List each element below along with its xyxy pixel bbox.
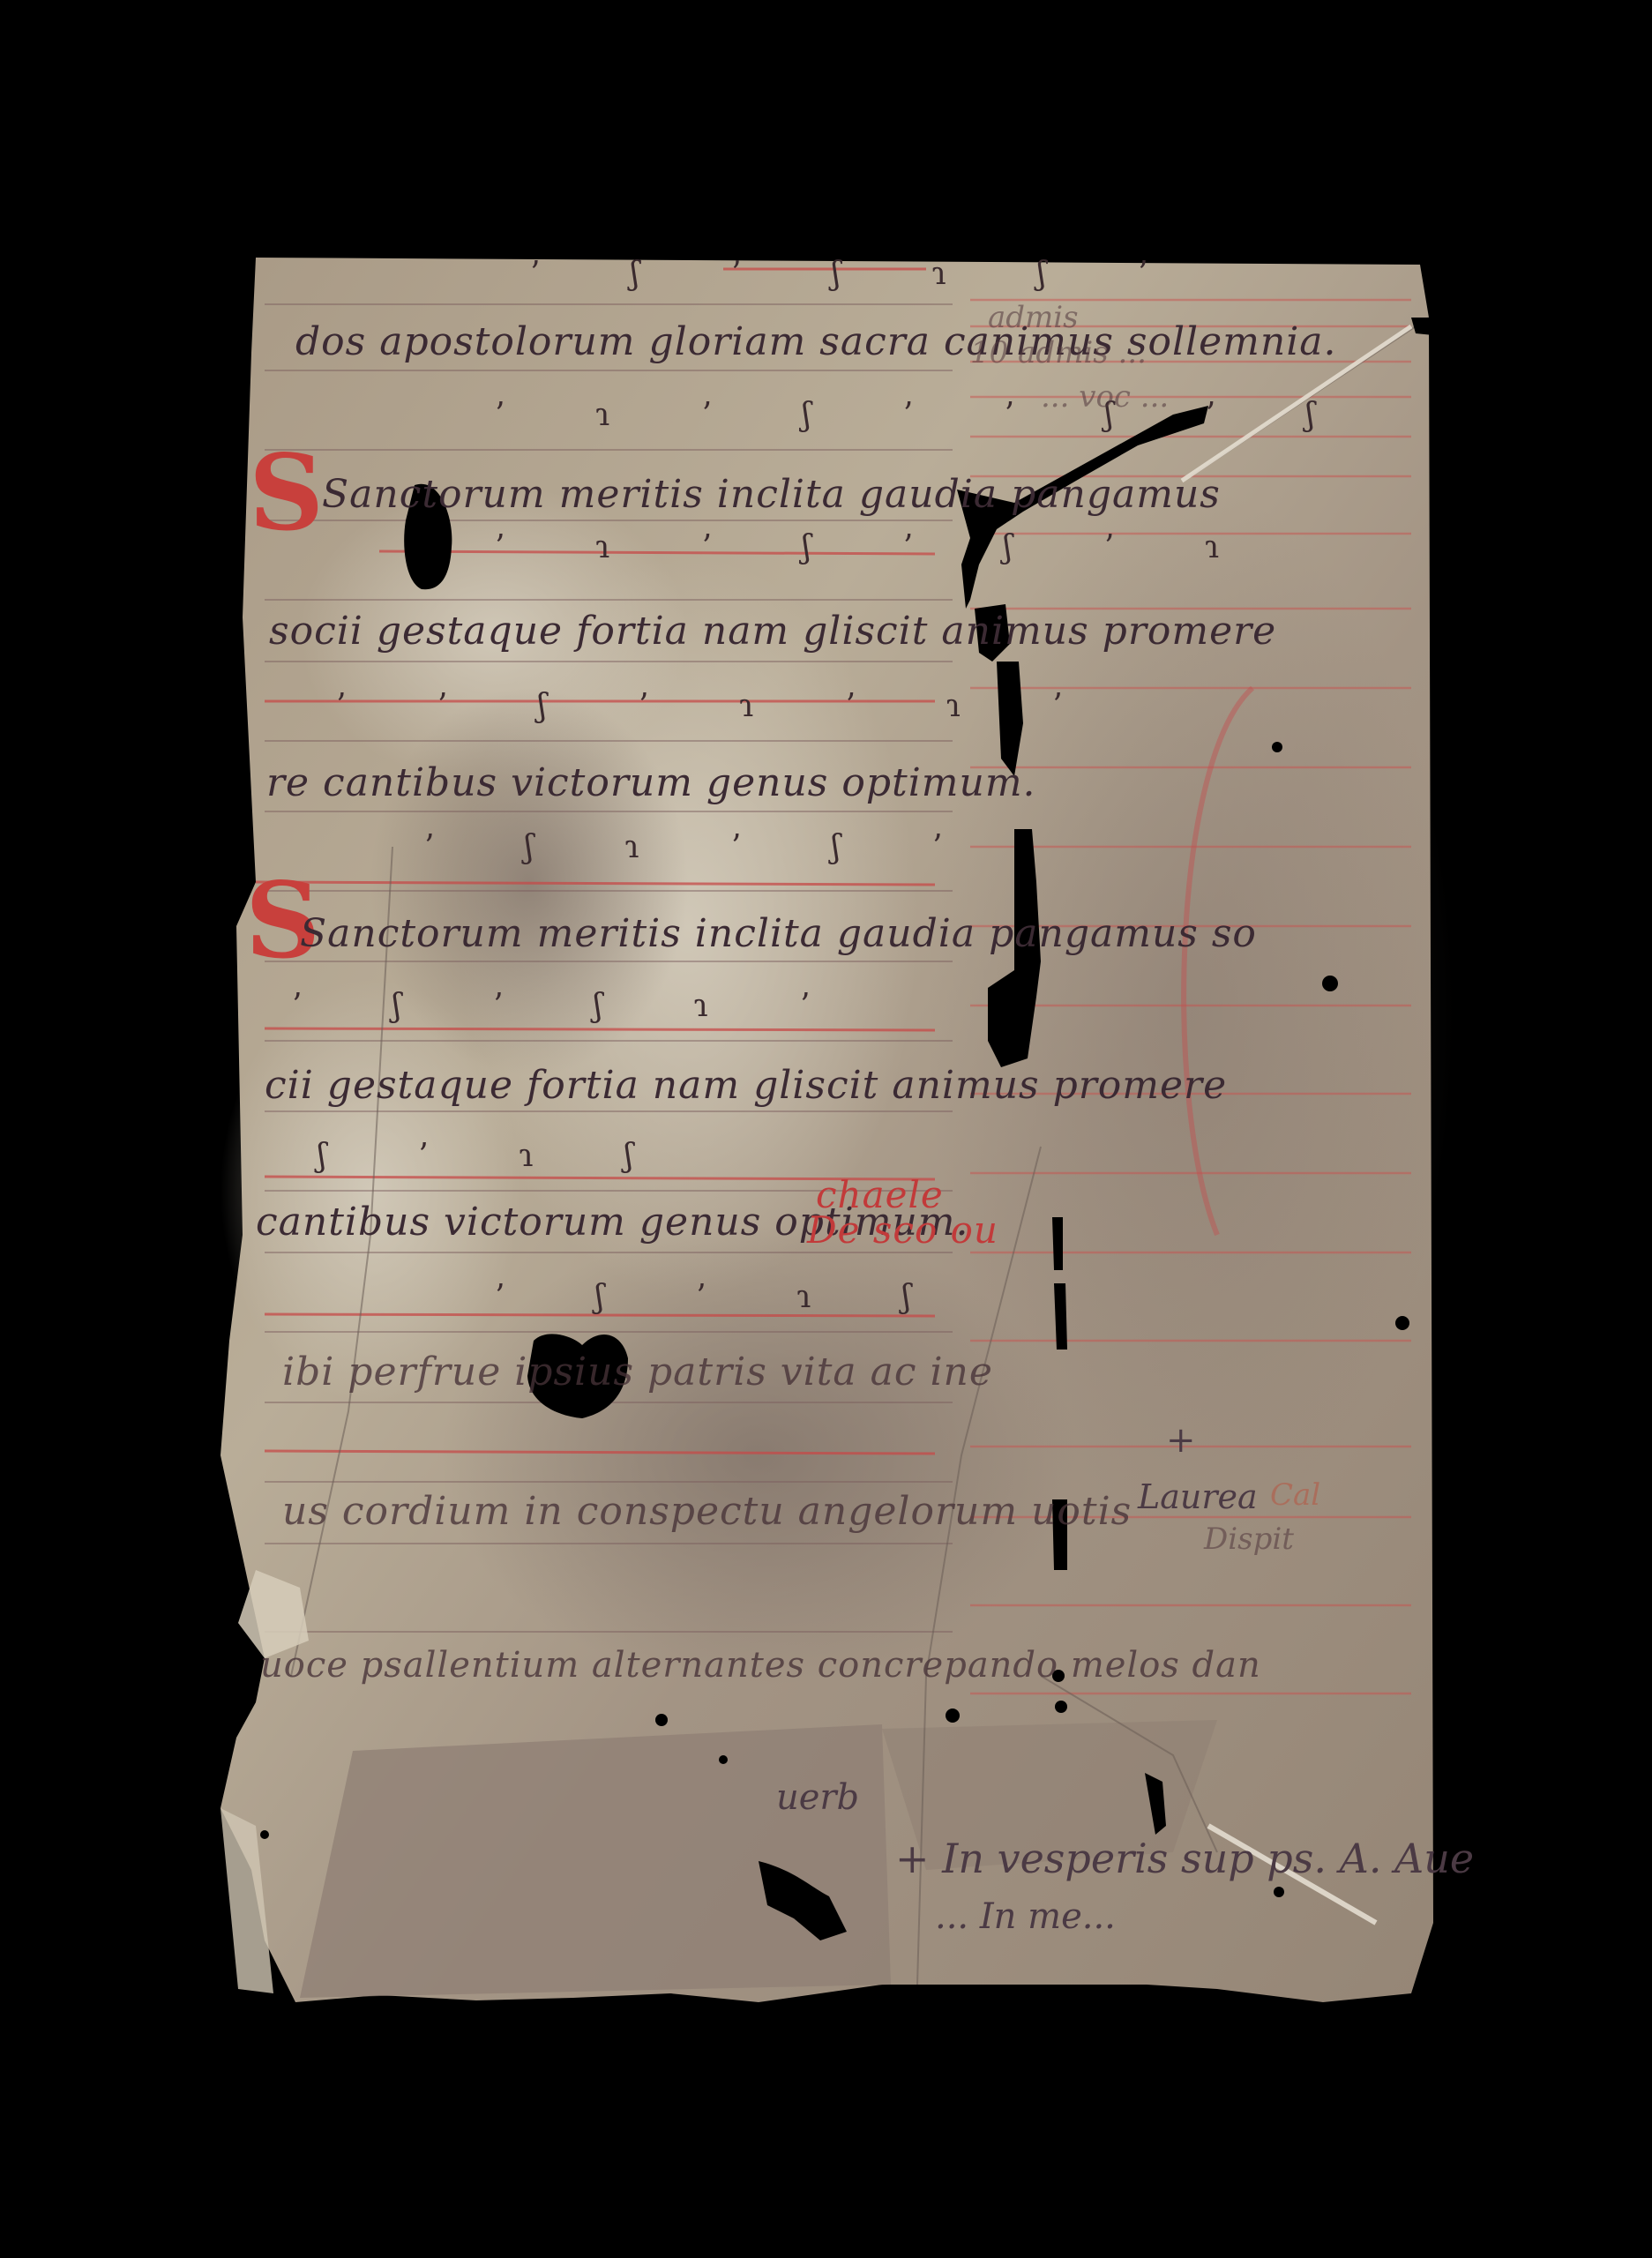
bottom-note-line-1: + In vesperis sup ps. A. Aue: [895, 1835, 1474, 1882]
right-column-subtext: Dispit: [1204, 1522, 1294, 1557]
right-column-line: admis: [988, 300, 1079, 335]
text-line-10: uoce psallentium alternantes concrepando…: [260, 1645, 1261, 1686]
right-column-line: 10 admis ...: [970, 335, 1147, 370]
manuscript-photo: S S ʼ ʃ ʼ ʃ ɿ ʃ ʼ ʼ ɿ ʼ ʃ ʼ ʼ ʃ ʼ ʃ ʼ ɿ …: [0, 0, 1652, 2258]
text-line-8: ibi perfrue ipsius patris vita ac ine: [282, 1350, 993, 1394]
neume-row: ʼ ɿ ʼ ʃ ʼ ʃ ʼ ɿ: [494, 529, 1260, 565]
right-column-name: Laurea: [1138, 1477, 1258, 1516]
neume-row: ʼ ʃ ʼ ʃ ɿ ʼ: [291, 988, 849, 1024]
neume-row: ʃ ʼ ɿ ʃ: [318, 1138, 674, 1174]
text-line-1: dos apostolorum gloriam sacra canimus so…: [295, 319, 1337, 364]
text-line-6: cii gestaque fortia nam gliscit animus p…: [265, 1063, 1227, 1108]
cross-mark: +: [1166, 1420, 1196, 1461]
text-line-5: Sanctorum meritis inclita gaudia pangamu…: [300, 911, 1257, 956]
right-column-line: ... voc ...: [1041, 379, 1169, 415]
neume-row: ʼ ʃ ʼ ɿ ʃ: [494, 1279, 952, 1315]
neume-row: ʼ ʃ ʼ ʃ ɿ ʃ ʼ: [529, 256, 1188, 292]
text-line-9: us cordium in conspectu angelorum uotis: [282, 1489, 1132, 1534]
red-initial-s-1: S: [249, 441, 324, 545]
neume-row: ʼ ʼ ʃ ʼ ɿ ʼ ɿ ʼ: [335, 688, 1103, 724]
bottom-word: uerb: [776, 1777, 859, 1818]
text-line-4: re cantibus victorum genus optimum.: [266, 760, 1036, 805]
neume-row: ʼ ʃ ɿ ʼ ʃ ʼ: [423, 829, 982, 865]
rubric-line-2: De sco ou: [807, 1208, 998, 1252]
text-line-3: socii gestaque fortia nam gliscit animus…: [269, 609, 1276, 654]
bottom-note-line-2: ... In me...: [935, 1896, 1116, 1937]
neume-row: ʼ ɿ ʼ ʃ ʼ ʼ ʃ ʼ ʃ: [494, 397, 1355, 433]
text-line-2: Sanctorum meritis inclita gaudia pangamu…: [322, 472, 1221, 517]
right-column-name-suffix: Cal: [1270, 1477, 1320, 1513]
